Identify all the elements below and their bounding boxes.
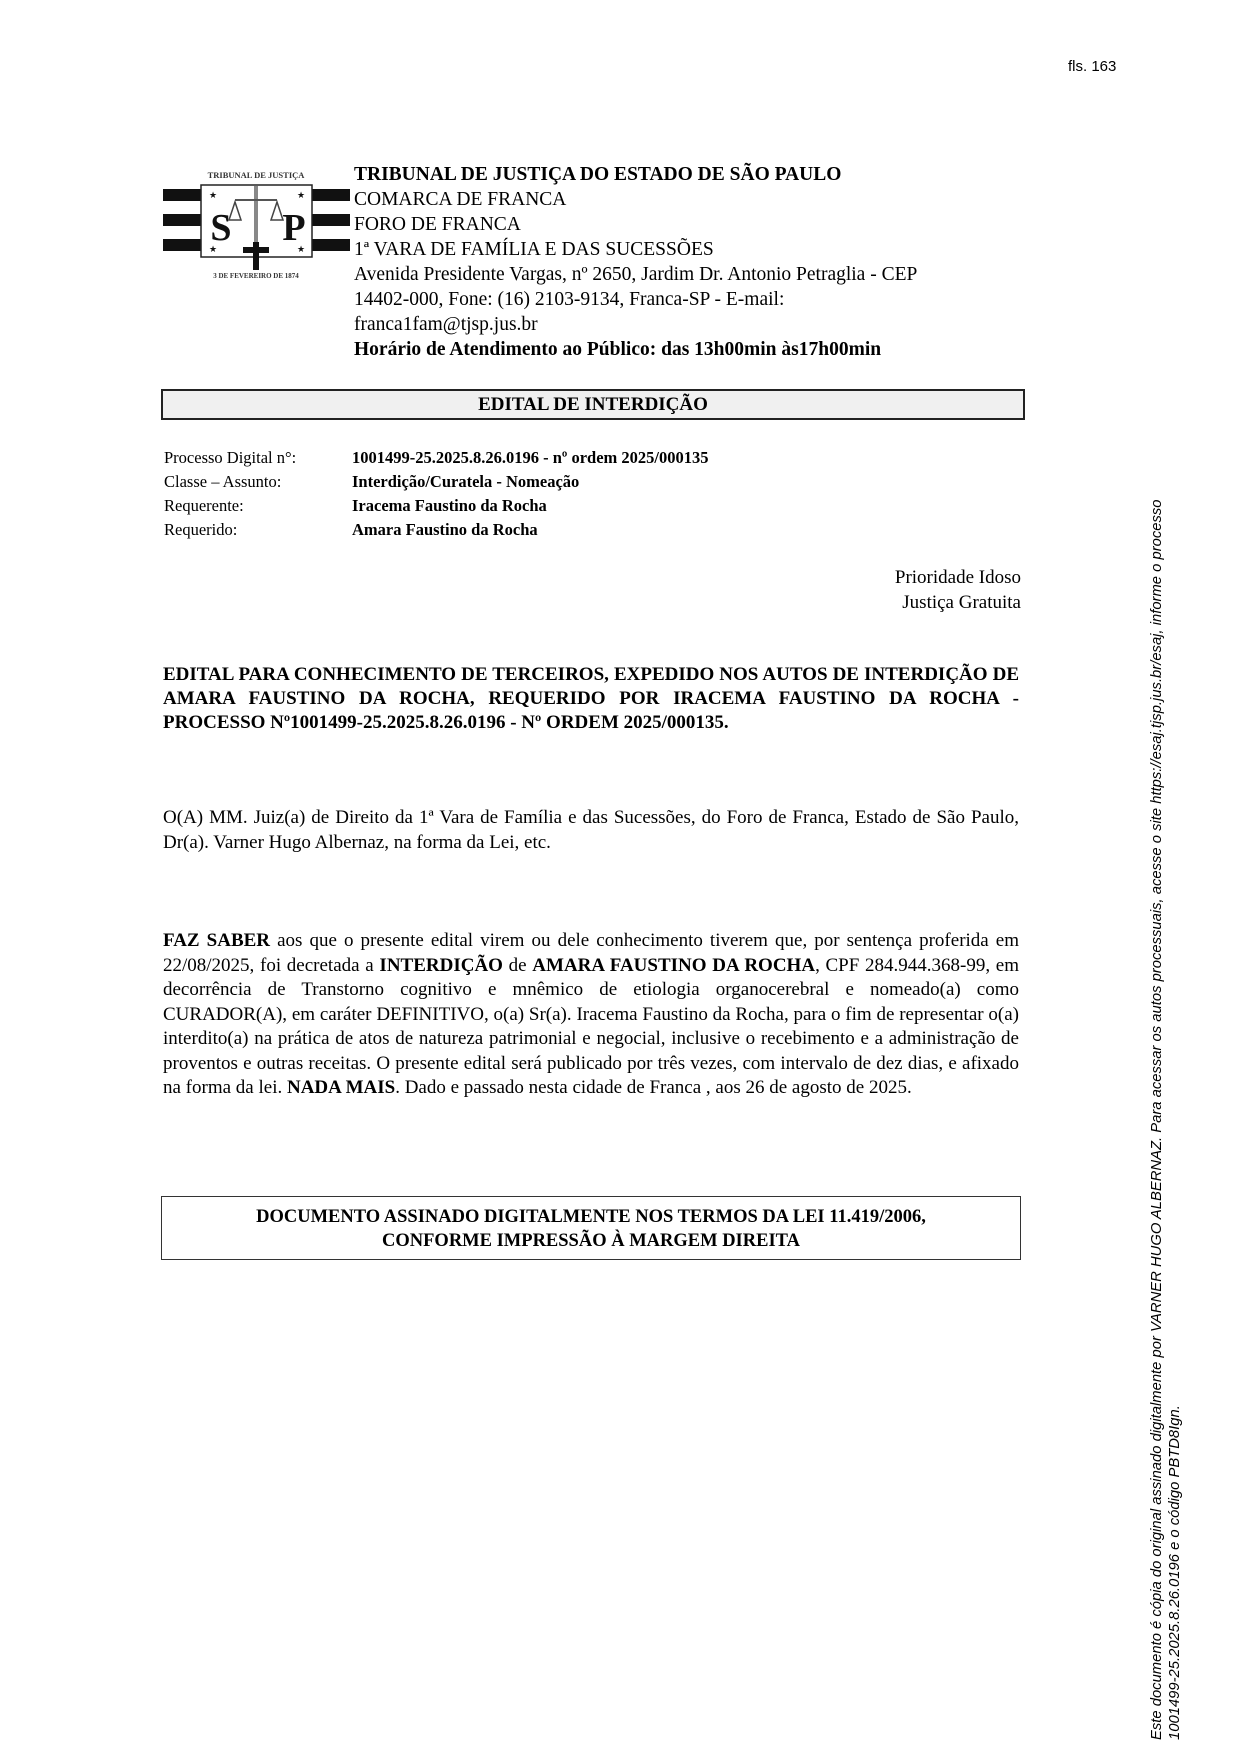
email: franca1fam@tjsp.jus.br: [354, 312, 917, 337]
tag-priority: Prioridade Idoso: [895, 566, 1021, 591]
case-info-row: Requerente: Iracema Faustino da Rocha: [164, 494, 709, 518]
court-logo: TRIBUNAL DE JUSTIÇA S P ★ ★ ★ ★ 3 DE FEV…: [163, 148, 350, 286]
scales-of-justice-icon: TRIBUNAL DE JUSTIÇA S P ★ ★ ★ ★ 3 DE FEV…: [163, 148, 350, 286]
address-line-2: 14402-000, Fone: (16) 2103-9134, Franca-…: [354, 287, 917, 312]
case-info-row: Requerido: Amara Faustino da Rocha: [164, 518, 709, 542]
nada-mais: NADA MAIS: [287, 1077, 395, 1098]
case-tags: Prioridade Idoso Justiça Gratuita: [895, 566, 1021, 615]
edital-body: FAZ SABER aos que o presente edital vire…: [163, 929, 1019, 1101]
margin-note-line-2: 1001499-25.2025.8.26.0196 e o código PBT…: [1166, 499, 1184, 1740]
case-info-value: Interdição/Curatela - Nomeação: [352, 470, 579, 494]
digital-signature-notice: DOCUMENTO ASSINADO DIGITALMENTE NOS TERM…: [161, 1196, 1021, 1260]
court-header: TRIBUNAL DE JUSTIÇA DO ESTADO DE SÃO PAU…: [354, 162, 917, 362]
interdicao-term: INTERDIÇÃO: [379, 955, 503, 976]
margin-note-line-1: Este documento é cópia do original assin…: [1148, 499, 1166, 1740]
case-info-value: Iracema Faustino da Rocha: [352, 494, 547, 518]
comarca: COMARCA DE FRANCA: [354, 187, 917, 212]
signature-line-2: CONFORME IMPRESSÃO À MARGEM DIREITA: [162, 1229, 1020, 1253]
vara: 1ª VARA DE FAMÍLIA E DAS SUCESSÕES: [354, 237, 917, 262]
case-info-label: Classe – Assunto:: [164, 470, 352, 494]
logo-bottom-text: 3 DE FEVEREIRO DE 1874: [213, 272, 299, 280]
interdicted-name: AMARA FAUSTINO DA ROCHA: [532, 955, 815, 976]
address-line-1: Avenida Presidente Vargas, nº 2650, Jard…: [354, 262, 917, 287]
svg-text:★: ★: [297, 190, 305, 200]
svg-text:★: ★: [297, 244, 305, 254]
faz-saber: FAZ SABER: [163, 930, 270, 951]
document-title: EDITAL DE INTERDIÇÃO: [161, 389, 1025, 420]
tag-free-justice: Justiça Gratuita: [895, 591, 1021, 616]
margin-authentication-note: Este documento é cópia do original assin…: [1148, 499, 1184, 1740]
court-name: TRIBUNAL DE JUSTIÇA DO ESTADO DE SÃO PAU…: [354, 162, 917, 187]
case-info-row: Processo Digital n°: 1001499-25.2025.8.2…: [164, 446, 709, 470]
page-number: fls. 163: [1068, 58, 1116, 75]
case-info-value: 1001499-25.2025.8.26.0196 - nº ordem 202…: [352, 446, 709, 470]
case-info-row: Classe – Assunto: Interdição/Curatela - …: [164, 470, 709, 494]
svg-text:★: ★: [209, 244, 217, 254]
case-info-label: Requerente:: [164, 494, 352, 518]
judge-intro: O(A) MM. Juiz(a) de Direito da 1ª Vara d…: [163, 806, 1019, 855]
case-info-value: Amara Faustino da Rocha: [352, 518, 538, 542]
foro: FORO DE FRANCA: [354, 212, 917, 237]
case-info: Processo Digital n°: 1001499-25.2025.8.2…: [164, 446, 709, 542]
svg-text:★: ★: [209, 190, 217, 200]
logo-letter-s: S: [210, 207, 231, 249]
logo-top-text: TRIBUNAL DE JUSTIÇA: [208, 170, 306, 180]
case-info-label: Requerido:: [164, 518, 352, 542]
edital-heading: EDITAL PARA CONHECIMENTO DE TERCEIROS, E…: [163, 663, 1019, 735]
office-hours: Horário de Atendimento ao Público: das 1…: [354, 337, 917, 362]
case-info-label: Processo Digital n°:: [164, 446, 352, 470]
signature-line-1: DOCUMENTO ASSINADO DIGITALMENTE NOS TERM…: [162, 1205, 1020, 1229]
logo-letter-p: P: [282, 207, 305, 249]
